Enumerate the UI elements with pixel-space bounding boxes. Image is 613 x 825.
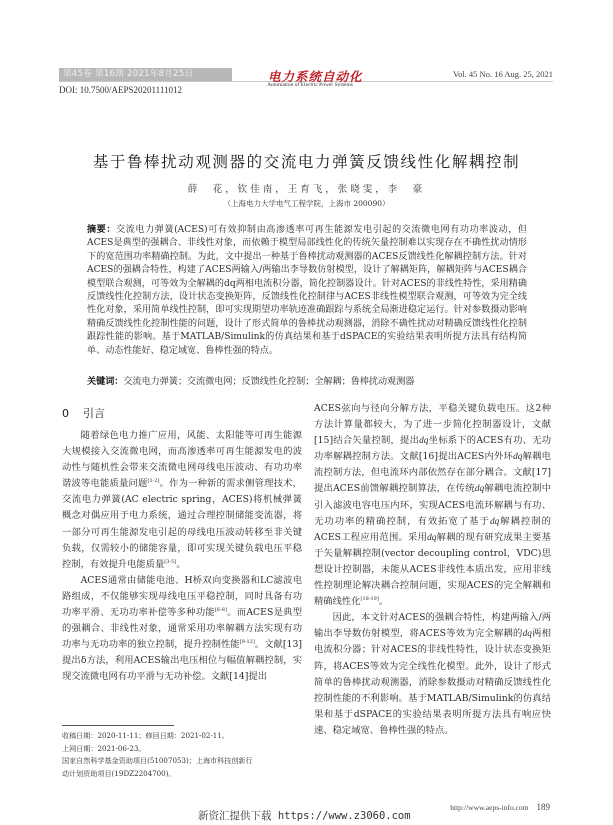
math-var: dq bbox=[490, 517, 499, 527]
article-title: 基于鲁棒扰动观测器的交流电力弹簧反馈线性化解耦控制 bbox=[0, 150, 613, 172]
citation[interactable]: [18-19] bbox=[361, 596, 379, 602]
footnote-online: 上网日期：2021-06-23。 bbox=[62, 743, 312, 756]
paragraph: ACES弦向与径向分解方法，平稳关键负载电压。这2种方法计算量都较大，为了进一步… bbox=[314, 401, 551, 610]
citation[interactable]: [9-12] bbox=[240, 639, 255, 645]
page-number: 189 bbox=[537, 802, 551, 812]
article-affiliation: （上海电力大学电气工程学院，上海市 200090） bbox=[0, 198, 613, 209]
volume-info: Vol. 45 No. 16 Aug. 25, 2021 bbox=[420, 69, 553, 79]
footnote-divider bbox=[62, 725, 174, 726]
text: 。 bbox=[379, 596, 388, 607]
citation[interactable]: [3-5] bbox=[164, 559, 176, 565]
keywords-text: 交流电力弹簧；交流微电网；反馈线性化控制；全解耦；鲁棒扰动观测器 bbox=[123, 377, 414, 387]
journal-url[interactable]: http://www.aeps-info.com bbox=[450, 803, 528, 812]
paragraph: 随着绿色电力推广应用，风能、太阳能等可再生能源大规模接入交流微电网，而高渗透率可… bbox=[62, 428, 302, 573]
abstract-label: 摘要： bbox=[87, 225, 116, 235]
download-watermark: 新资汇提供下载 https://www.z3060.com bbox=[198, 808, 411, 823]
right-column: ACES弦向与径向分解方法，平稳关键负载电压。这2种方法计算量都较大，为了进一步… bbox=[314, 401, 551, 739]
citation[interactable]: [1-2] bbox=[148, 478, 160, 484]
text: 两相电流积分器；针对ACES的非线性特性，设计状态变换矩阵，将ACES等效为完全… bbox=[314, 628, 551, 736]
issue-band: 第45卷 第16期 2021年8月25日 bbox=[59, 68, 232, 81]
footnotes: 收稿日期：2020-11-11；修回日期：2021-02-11。 上网日期：20… bbox=[62, 730, 312, 780]
footnote-funding-cont: 动计划资助项目(19DZ2204700)。 bbox=[62, 768, 312, 781]
abstract-text: 交流电力弹簧(ACES)可有效抑制由高渗透率可再生能源发电引起的交流微电网有功功… bbox=[87, 225, 527, 356]
journal-name-en: Automation of Electric Power Systems bbox=[255, 82, 365, 88]
left-column: 随着绿色电力推广应用，风能、太阳能等可再生能源大规模接入交流微电网，而高渗透率可… bbox=[62, 428, 302, 686]
math-var: dq bbox=[513, 452, 522, 462]
text: 解耦的现有研究成果主要基于矢量解耦控制(vector decoupling co… bbox=[314, 532, 551, 607]
text: 因此，本文针对ACES的强耦合特性，构建两输入/两输出李导数仿射模型，将ACES… bbox=[314, 612, 551, 639]
section-title: 引言 bbox=[83, 407, 105, 420]
footnote-funding: 国家自然科学基金资助项目(51007053)；上海市科技创新行 bbox=[62, 755, 312, 768]
footnote-received: 收稿日期：2020-11-11；修回日期：2021-02-11。 bbox=[62, 730, 312, 743]
citation[interactable]: [6-8] bbox=[215, 607, 227, 613]
doi: DOI: 10.7500/AEPS20201111012 bbox=[59, 85, 182, 95]
keywords: 关键词：交流电力弹簧；交流微电网；反馈线性化控制；全解耦；鲁棒扰动观测器 bbox=[87, 376, 527, 389]
math-var: dq bbox=[523, 629, 532, 639]
math-var: dq bbox=[475, 484, 484, 494]
paragraph: 因此，本文针对ACES的强耦合特性，构建两输入/两输出李导数仿射模型，将ACES… bbox=[314, 610, 551, 739]
section-heading: 0引言 bbox=[62, 405, 105, 421]
abstract: 摘要：交流电力弹簧(ACES)可有效抑制由高渗透率可再生能源发电引起的交流微电网… bbox=[87, 224, 527, 358]
keywords-label: 关键词： bbox=[87, 377, 123, 387]
section-number: 0 bbox=[62, 407, 69, 420]
text: 。 bbox=[176, 559, 185, 570]
article-authors: 薛 花，钦佳南，王育飞，张晓雯，李 豪 bbox=[0, 181, 613, 195]
text: 。作为一种新的需求侧管理技术，交流电力弹簧(AC electric spring… bbox=[62, 478, 302, 569]
paragraph: ACES通常由储能电池、H桥双向变换器和LC滤波电路组成，不仅能够实现母线电压平… bbox=[62, 573, 302, 686]
